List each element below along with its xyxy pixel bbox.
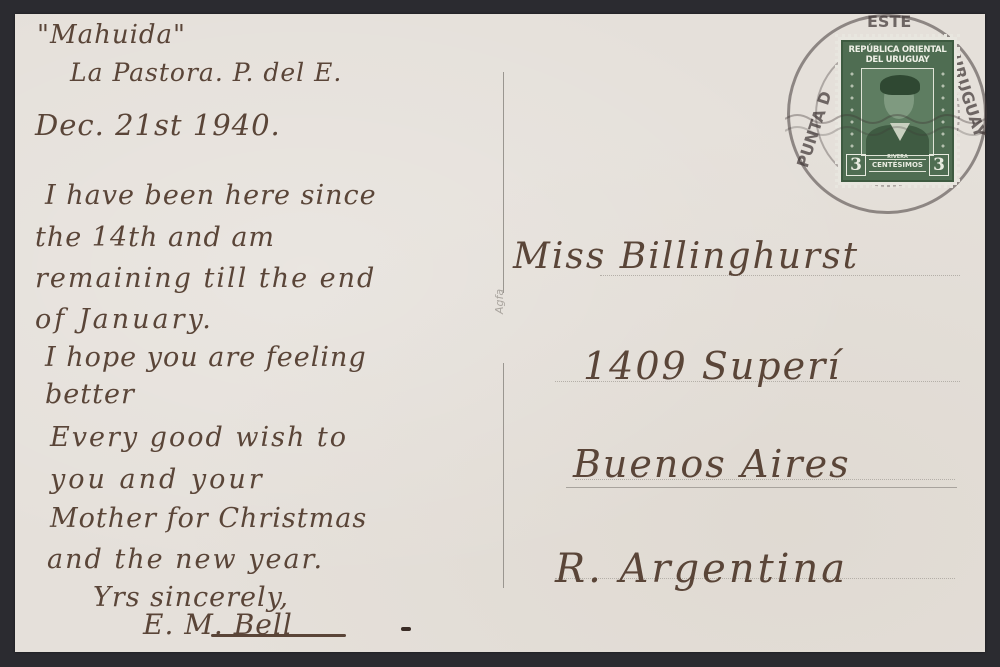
location-line: La Pastora. P. del E. <box>70 58 342 87</box>
message-line: the 14th and am <box>35 222 275 253</box>
message-line: you and your <box>50 464 265 495</box>
house-name: "Mahuida" <box>37 20 186 50</box>
stamp-denomination: CENTÉSIMOS <box>869 159 926 172</box>
stamp-value-left: 3 <box>846 154 866 176</box>
postmark-text-top: ESTE <box>867 12 911 31</box>
message-line: better <box>45 379 135 410</box>
message-line: Every good wish to <box>50 422 348 453</box>
stamp-value-right: 3 <box>929 154 949 176</box>
portrait-hair <box>880 75 920 95</box>
divider-marking: Agfa <box>493 289 506 314</box>
center-divider-lower <box>503 363 504 588</box>
stamp-country-line-1: REPÚBLICA ORIENTAL <box>847 45 948 55</box>
country: R. Argentina <box>555 546 848 592</box>
ink-mark <box>401 627 411 631</box>
message-line: Mother for Christmas <box>50 503 367 534</box>
message-line: I hope you are feeling <box>45 342 367 373</box>
postcard-back: "Mahuida" La Pastora. P. del E. Dec. 21s… <box>15 14 985 652</box>
address-rule-3 <box>566 487 957 488</box>
message-line: of January. <box>35 304 214 335</box>
date-line: Dec. 21st 1940. <box>35 108 281 142</box>
recipient-name: Miss Billinghurst <box>513 236 859 277</box>
signature-underline <box>211 634 346 637</box>
message-line: remaining till the end <box>35 263 376 294</box>
message-line: and the new year. <box>47 544 324 575</box>
stamp-country-line-2: DEL URUGUAY <box>847 55 948 65</box>
message-line: I have been here since <box>45 180 377 211</box>
city: Buenos Aires <box>573 442 851 486</box>
street-address: 1409 Superí <box>583 344 841 388</box>
center-divider-upper <box>503 72 504 293</box>
cancellation-lines-icon <box>785 109 985 139</box>
stamp-country: REPÚBLICA ORIENTAL DEL URUGUAY <box>847 45 948 65</box>
